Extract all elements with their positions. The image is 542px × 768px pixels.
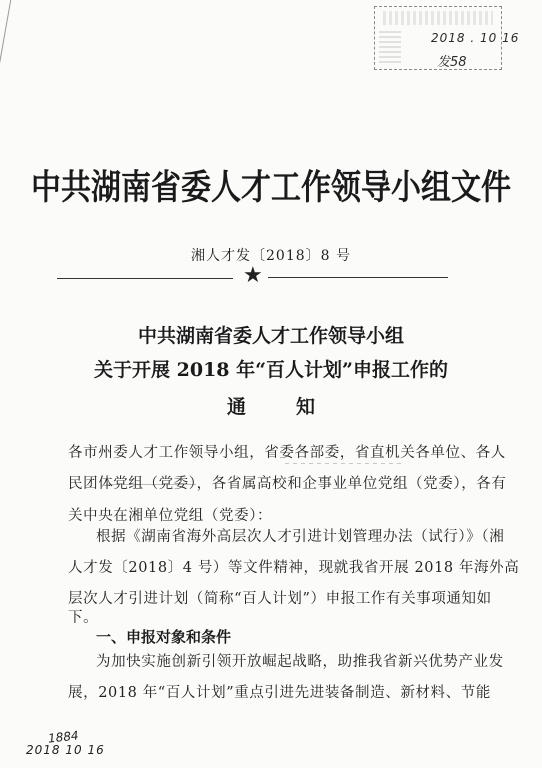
section-1-title: 一、申报对象和条件 bbox=[96, 626, 231, 647]
star-icon: ★ bbox=[243, 265, 263, 287]
intro-line: 层次人才引进计划（简称“百人计划”）申报工作有关事项通知如 bbox=[68, 587, 473, 608]
notice-word-tong: 通 bbox=[227, 392, 246, 419]
notice-heading-line-2: 关于开展 2018 年“百人计划”申报工作的 bbox=[0, 355, 542, 382]
document-number: 湘人才发〔2018〕8 号 bbox=[0, 245, 542, 265]
notice-word-zhi: 知 bbox=[296, 392, 315, 419]
receipt-stamp: 2018 . 10 16 发58 bbox=[374, 6, 502, 70]
addressee-line: 民团体党组（党委），各省属高校和企事业单位党组（党委），各有 bbox=[68, 472, 473, 493]
notice-heading-line-1: 中共湖南省委人才工作领导小组 bbox=[0, 321, 542, 348]
stamp-faint-label bbox=[379, 29, 401, 63]
addressee-line: 各市州委人才工作领导小组，省委各部委，省直机关各单位、各人 bbox=[68, 441, 473, 462]
section-1-line: 为加快实施创新引领开放崛起战略，助推我省新兴优势产业发 bbox=[96, 650, 501, 671]
intro-line: 下。 bbox=[68, 606, 473, 627]
pencil-mark bbox=[285, 463, 405, 464]
separator-rule-left bbox=[57, 278, 233, 279]
addressee-line: 关中央在湘单位党组（党委）： bbox=[68, 504, 473, 525]
section-1-line: 展，2018 年“百人计划”重点引进先进装备制造、新材料、节能 bbox=[68, 681, 473, 702]
stamp-date: 2018 . 10 16 bbox=[431, 31, 519, 45]
handwritten-date: 2018 10 16 bbox=[26, 743, 105, 757]
issuer-title: 中共湖南省委人才工作领导小组文件 bbox=[0, 159, 542, 210]
notice-heading-line-3: 通知 bbox=[0, 392, 542, 419]
stamp-faint-text bbox=[383, 11, 493, 25]
intro-line: 根据《湖南省海外高层次人才引进计划管理办法（试行）》（湘 bbox=[96, 525, 476, 546]
separator-rule-right bbox=[268, 277, 448, 278]
intro-line: 人才发〔2018〕4 号）等文件精神，现就我省开展 2018 年海外高 bbox=[68, 556, 473, 577]
stamp-number: 发58 bbox=[437, 51, 467, 70]
page-edge-shadow bbox=[0, 0, 13, 138]
